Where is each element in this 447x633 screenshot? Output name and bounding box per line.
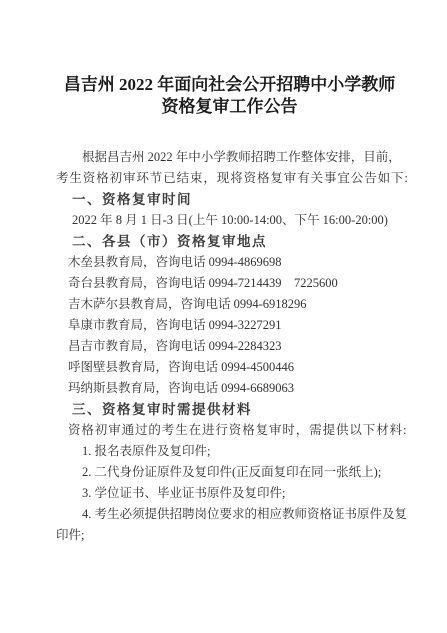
material-item-1: 1. 报名表原件及复印件; — [56, 441, 403, 462]
document-title-line-2: 资格复审工作公告 — [56, 96, 403, 118]
contact-line-mulei: 木垒县教育局，咨询电话 0994-4869698 — [56, 252, 403, 273]
contact-line-jimusaer: 吉木萨尔县教育局，咨询电话 0994-6918296 — [56, 294, 403, 315]
section-locations-heading: 二、各县（市）资格复审地点 — [56, 231, 403, 252]
intro-line-1: 根据昌吉州 2022 年中小学教师招聘工作整体安排，目前， — [56, 147, 403, 168]
document-body: 根据昌吉州 2022 年中小学教师招聘工作整体安排，目前， 考生资格初审环节已结… — [56, 147, 403, 546]
contact-line-qitai: 奇台县教育局，咨询电话 0994-7214439 7225600 — [56, 273, 403, 294]
material-item-4-continuation: 印件; — [56, 525, 403, 546]
document-title-line-1: 昌吉州 2022 年面向社会公开招聘中小学教师 — [56, 74, 403, 96]
section-time-heading: 一、资格复审时间 — [56, 189, 403, 210]
material-item-2: 2. 二代身份证原件及复印件(正反面复印在同一张纸上); — [56, 462, 403, 483]
contact-line-changji: 昌吉市教育局，咨询电话 0994-2284323 — [56, 336, 403, 357]
material-item-4: 4. 考生必须提供招聘岗位要求的相应教师资格证书原件及复 — [56, 504, 403, 525]
material-item-3: 3. 学位证书、毕业证书原件及复印件; — [56, 483, 403, 504]
contact-line-fukang: 阜康市教育局，咨询电话 0994-3227291 — [56, 315, 403, 336]
section-materials-heading: 三、资格复审时需提供材料 — [56, 399, 403, 420]
contact-line-hutubi: 呼图壁县教育局，咨询电话 0994-4500446 — [56, 357, 403, 378]
contact-line-manasi: 玛纳斯县教育局，咨询电话 0994-6689063 — [56, 378, 403, 399]
intro-line-2: 考生资格初审环节已结束，现将资格复审有关事宜公告如下: — [56, 168, 403, 189]
document-page: 昌吉州 2022 年面向社会公开招聘中小学教师 资格复审工作公告 根据昌吉州 2… — [0, 0, 447, 633]
document-title: 昌吉州 2022 年面向社会公开招聘中小学教师 资格复审工作公告 — [56, 74, 403, 118]
review-time-line: 2022 年 8 月 1 日-3 日(上午 10:00-14:00、下午 16:… — [56, 210, 403, 231]
materials-intro: 资格初审通过的考生在进行资格复审时，需提供以下材料: — [56, 420, 403, 441]
